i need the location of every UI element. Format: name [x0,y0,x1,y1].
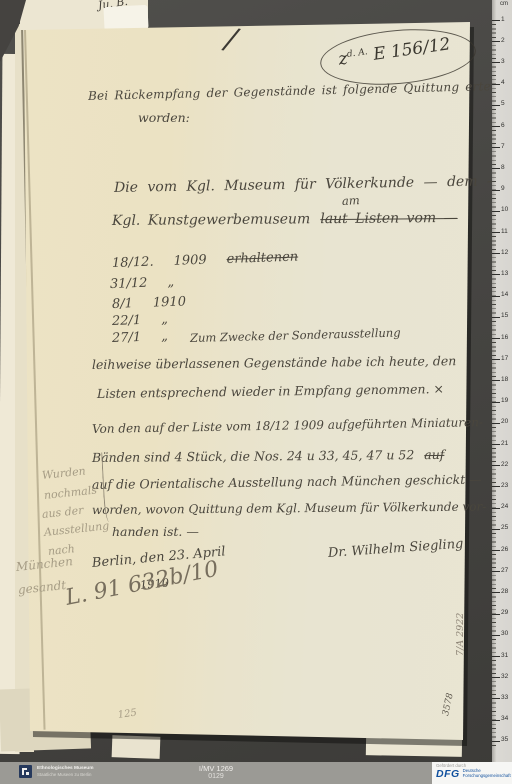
ruler-number: 10 [501,207,508,214]
ruler-number: 20 [501,419,508,426]
ruler-tick [492,147,500,148]
registry-superscript: d. A. [346,47,368,60]
torn-paper-piece [103,5,148,31]
ruler-number: 18 [501,377,508,384]
ruler-tick [492,635,500,636]
ruler-tick [492,614,500,615]
ruler-number: 14 [501,292,508,299]
ruler-number: 12 [501,250,508,257]
ruler-number: 16 [501,335,508,342]
ruler-tick [492,465,500,466]
ruler-tick [492,105,500,106]
ruler-tick [492,529,500,530]
dfg-funding-block: Gefördert durch DFG Deutsche Forschungsg… [432,762,512,784]
ruler-number: 8 [501,165,505,172]
intro-line2-main: Kgl. Kunstgewerbemuseum [112,211,310,229]
archive-footer-bar: Ethnologisches Museum Staatliche Museen … [0,762,512,784]
body-line: worden, wovon Quittung dem Kgl. Museum f… [92,501,486,516]
ruler-number: 25 [501,525,508,532]
ruler-number: 31 [501,653,508,660]
vertical-inventory-mark: 7/A 2922 [455,592,466,656]
cm-ruler: cm 1234567891011121314151617181920212223… [492,0,512,762]
ruler-tick [492,253,500,254]
ruler-number: 24 [501,504,508,511]
ruler-tick [492,571,500,572]
ruler-number: 26 [501,547,508,554]
ruler-number: 22 [501,462,508,469]
ruler-tick [492,677,500,678]
date-entry-5: 27/1„ [112,330,168,345]
ruler-tick [492,444,500,445]
ruler-unit-label: cm [500,1,508,7]
ruler-number: 1 [501,17,505,24]
ruler-tick [492,168,500,169]
ruler-tick [492,486,500,487]
ruler-tick [492,402,500,403]
ruler-number: 4 [501,80,505,87]
ruler-tick [492,423,500,424]
ruler-number: 28 [501,589,508,596]
ruler-number: 9 [501,186,505,193]
ruler-tick [492,550,500,551]
ruler-number: 13 [501,271,508,278]
ruler-number: 11 [501,229,508,236]
ruler-number: 34 [501,716,508,723]
scan-page-number: 0129 [0,773,432,782]
ruler-tick [492,62,500,63]
ruler-minor-ticks [492,20,496,746]
ruler-tick [492,741,500,742]
ruler-tick [492,720,500,721]
heading-line-2: worden: [138,112,190,125]
ruler-number: 21 [501,441,508,448]
intro-line2-struck: laut Listen vom — [320,210,457,227]
ruler-number: 19 [501,398,508,405]
ruler-tick [492,317,500,318]
ruler-number: 17 [501,356,508,363]
date-entry-3: 8/11910 [112,295,186,311]
ruler-tick [492,84,500,85]
ruler-tick [492,656,500,657]
ruler-tick [492,508,500,509]
funder-name: Deutsche Forschungsgemeinschaft [463,769,511,779]
ruler-tick [492,698,500,699]
ruler-number: 29 [501,610,508,617]
ruler-tick [492,274,500,275]
inserted-word: am [342,195,360,207]
ruler-number: 5 [501,101,505,108]
ruler-number: 2 [501,38,505,45]
struck-word: auf [424,447,444,462]
ruler-number: 7 [501,144,505,151]
registry-mark: zd. A. E 156/12 [328,34,468,80]
ruler-tick [492,41,500,42]
body-line: Bänden sind 4 Stück, die Nos. 24 u 33, 4… [92,449,444,465]
reference-number: I/MV 1269 [0,764,432,773]
date-entry-2: 31/12„ [110,276,175,291]
ruler-number: 15 [501,313,508,320]
ruler-tick [492,232,500,233]
ruler-number: 33 [501,695,508,702]
scanned-document-view: Ju. B. / zd. A. E 156/12 Bei Rückempfang… [0,0,512,784]
ruler-tick [492,190,500,191]
ruler-tick [492,592,500,593]
reference-block: I/MV 1269 0129 [0,764,432,782]
ruler-number: 6 [501,123,505,130]
date-entry-4: 22/1„ [112,313,168,328]
ruler-tick [492,338,500,339]
ruler-tick [492,359,500,360]
dfg-logo: DFG [436,769,460,780]
ruler-number: 35 [501,737,508,744]
ruler-number: 3 [501,59,505,66]
ruler-tick [492,296,500,297]
ruler-number: 27 [501,568,508,575]
ruler-tick [492,20,500,21]
ruler-number: 23 [501,483,508,490]
ruler-number: 32 [501,674,508,681]
ruler-number: 30 [501,631,508,638]
ruler-tick [492,211,500,212]
body-line: handen ist. — [112,526,199,539]
ruler-tick [492,126,500,127]
body-intro-line-2: Kgl. Kunstgewerbemuseumlaut Listen vom — [112,211,458,228]
ruler-tick [492,380,500,381]
